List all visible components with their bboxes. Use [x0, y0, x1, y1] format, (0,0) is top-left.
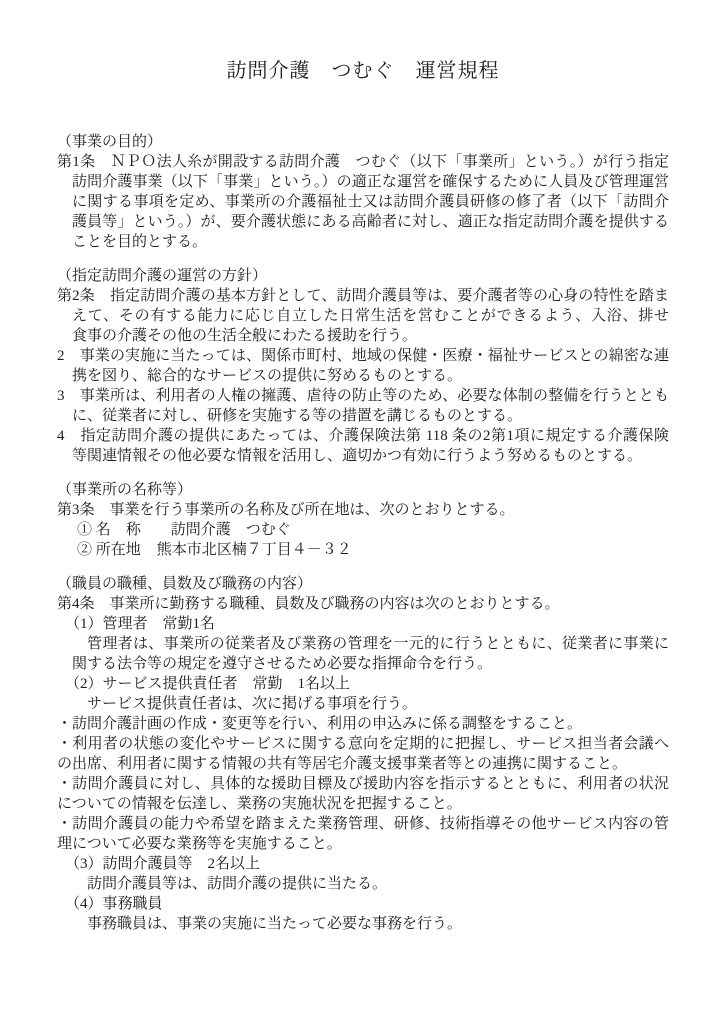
document-body: （事業の目的） 第1条 ＮＰＯ法人糸が開設する訪問介護 つむぐ（以下「事業所」と…: [57, 132, 669, 934]
office-address-label: ② 所在地: [77, 542, 141, 558]
doc-line: 護員等」という。）が、要介護状態にある高齢者に対し、適正な指定訪問介護を提供する: [57, 212, 669, 232]
office-name-line: ① 名 称 訪問介護 つむぐ: [57, 520, 669, 540]
office-address-line: ② 所在地熊本市北区楠７丁目４－３２: [57, 540, 669, 560]
section-heading-policy: （指定訪問介護の運営の方針）: [57, 266, 669, 286]
bullet-line: ・訪問介護計画の作成・変更等を行い、利用の申込みに係る調整をすること。: [57, 714, 669, 734]
doc-line: に、従業者に対し、研修を実施する等の措置を講じるものとする。: [57, 406, 669, 426]
doc-line: についての情報を伝達し、業務の実施状況を把握すること。: [57, 794, 669, 814]
doc-line: 訪問介護員等は、訪問介護の提供に当たる。: [57, 874, 669, 894]
doc-line: 第2条 指定訪問介護の基本方針として、訪問介護員等は、要介護者等の心身の特性を踏…: [57, 286, 669, 306]
doc-line: 関する法令等の規定を遵守させるため必要な指揮命令を行う。: [57, 654, 669, 674]
bullet-line: ・訪問介護員に対し、具体的な援助目標及び援助内容を指示するとともに、利用者の状況: [57, 774, 669, 794]
doc-line: 訪問介護事業（以下「事業」という。）の適正な運営を確保するために人員及び管理運営: [57, 172, 669, 192]
office-address-value: 熊本市北区楠７丁目４－３２: [149, 540, 358, 560]
doc-line: 携を図り、総合的なサービスの提供に努めるものとする。: [57, 366, 669, 386]
doc-line: 4 指定訪問介護の提供にあたっては、介護保険法第 118 条の2第1項に規定する…: [57, 426, 669, 446]
section-heading-staff: （職員の職種、員数及び職務の内容）: [57, 574, 669, 594]
section-heading-office: （事業所の名称等）: [57, 480, 669, 500]
doc-line: 3 事業所は、利用者の人権の擁護、虐待の防止等のため、必要な体制の整備を行うとと…: [57, 386, 669, 406]
section-heading-purpose: （事業の目的）: [57, 132, 669, 152]
doc-line: サービス提供責任者は、次に掲げる事項を行う。: [57, 694, 669, 714]
doc-line: に関する事項を定め、事業所の介護福祉士又は訪問介護員研修の修了者（以下「訪問介: [57, 192, 669, 212]
doc-line: 第4条 事業所に勤務する職種、員数及び職務の内容は次のとおりとする。: [57, 594, 669, 614]
bullet-line: ・利用者の状態の変化やサービスに関する意向を定期的に把握し、サービス担当者会議へ: [57, 734, 669, 754]
doc-line: 食事の介護その他の生活全般にわたる援助を行う。: [57, 326, 669, 346]
doc-line: 管理者は、事業所の従業者及び業務の管理を一元的に行うとともに、従業者に事業に: [57, 634, 669, 654]
doc-line: 事務職員は、事業の実施に当たって必要な事務を行う。: [57, 914, 669, 934]
staff-item-line: （2）サービス提供責任者 常勤 1名以上: [57, 674, 669, 694]
doc-line: の出席、利用者に関する情報の共有等居宅介護支援事業者等との連携に関すること。: [57, 754, 669, 774]
doc-line: ことを目的とする。: [57, 232, 669, 252]
doc-line: 第1条 ＮＰＯ法人糸が開設する訪問介護 つむぐ（以下「事業所」という。）が行う指…: [57, 152, 669, 172]
document-page: 訪問介護 つむぐ 運営規程 （事業の目的） 第1条 ＮＰＯ法人糸が開設する訪問介…: [0, 0, 724, 1024]
bullet-line: ・訪問介護員の能力や希望を踏まえた業務管理、研修、技術指導その他サービス内容の管: [57, 814, 669, 834]
doc-line: 第3条 事業を行う事業所の名称及び所在地は、次のとおりとする。: [57, 500, 669, 520]
doc-line: 理について必要な業務等を実施すること。: [57, 834, 669, 854]
staff-item-line: （3）訪問介護員等 2名以上: [57, 854, 669, 874]
doc-line: えて、その有する能力に応じ自立した日常生活を営むことができるよう、入浴、排せつ、: [57, 306, 669, 326]
doc-line: 等関連情報その他必要な情報を活用し、適切かつ有効に行うよう努めるものとする。: [57, 446, 669, 466]
staff-item-line: （4）事務職員: [57, 894, 669, 914]
doc-line: 2 事業の実施に当たっては、関係市町村、地域の保健・医療・福祉サービスとの綿密な…: [57, 346, 669, 366]
page-title: 訪問介護 つむぐ 運営規程: [57, 58, 669, 84]
staff-item-line: （1）管理者 常勤1名: [57, 614, 669, 634]
